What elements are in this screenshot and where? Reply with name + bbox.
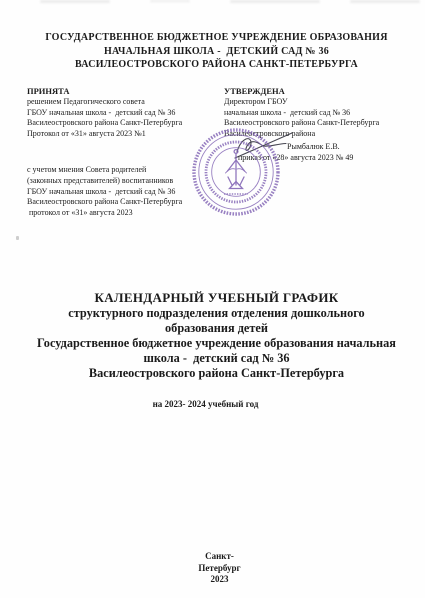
document-page: ГОСУДАРСТВЕННОЕ БЮДЖЕТНОЕ УЧРЕЖДЕНИЕ ОБР…: [0, 0, 425, 598]
header-line: НАЧАЛЬНАЯ ШКОЛА - ДЕТСКИЙ САД № 36: [4, 45, 425, 59]
accepted-block: ПРИНЯТА решением Педагогического совета …: [27, 86, 217, 140]
document-subtitle-line: школа - детский сад № 36: [4, 351, 425, 366]
document-subtitle-line: образования детей: [4, 321, 425, 336]
document-subtitle-line: Государственное бюджетное учреждение обр…: [4, 336, 425, 351]
document-title-block: КАЛЕНДАРНЫЙ УЧЕБНЫЙ ГРАФИК структурного …: [4, 290, 425, 381]
scan-artifact: [16, 236, 19, 240]
footer-line: Петербург: [7, 563, 425, 575]
accepted-line: Василеостровского района Санкт-Петербург…: [27, 118, 217, 129]
seal-emblem: [226, 150, 247, 189]
document-title: КАЛЕНДАРНЫЙ УЧЕБНЫЙ ГРАФИК: [4, 290, 425, 306]
scan-artifact: [150, 0, 190, 2]
document-subtitle-line: структурного подразделения отделения дош…: [4, 306, 425, 321]
footer-line: Санкт-: [7, 551, 425, 563]
scan-artifact: [40, 0, 110, 3]
approved-line: Директором ГБОУ: [224, 97, 424, 108]
accepted-title: ПРИНЯТА: [27, 86, 217, 97]
accepted-line: решением Педагогического совета: [27, 97, 217, 108]
official-seal-stamp: [191, 127, 281, 217]
academic-year-line: на 2023- 2024 учебный год: [0, 399, 418, 409]
document-footer: Санкт- Петербург 2023: [7, 551, 425, 586]
accepted-line: Протокол от «31» августа 2023 №1: [27, 129, 217, 140]
accepted-line: ГБОУ начальная школа - детский сад № 36: [27, 108, 217, 119]
approved-title: УТВЕРЖДЕНА: [224, 86, 424, 97]
document-header: ГОСУДАРСТВЕННОЕ БЮДЖЕТНОЕ УЧРЕЖДЕНИЕ ОБР…: [4, 31, 425, 72]
header-line: ВАСИЛЕОСТРОВСКОГО РАЙОНА САНКТ-ПЕТЕРБУРГ…: [4, 58, 425, 72]
approved-line: начальная школа - детский сад № 36: [224, 108, 424, 119]
footer-line: 2023: [7, 574, 425, 586]
header-line: ГОСУДАРСТВЕННОЕ БЮДЖЕТНОЕ УЧРЕЖДЕНИЕ ОБР…: [4, 31, 425, 45]
document-subtitle-line: Василеостровского района Санкт-Петербург…: [4, 366, 425, 381]
scan-artifact: [350, 0, 420, 3]
scan-artifact: [230, 0, 320, 3]
